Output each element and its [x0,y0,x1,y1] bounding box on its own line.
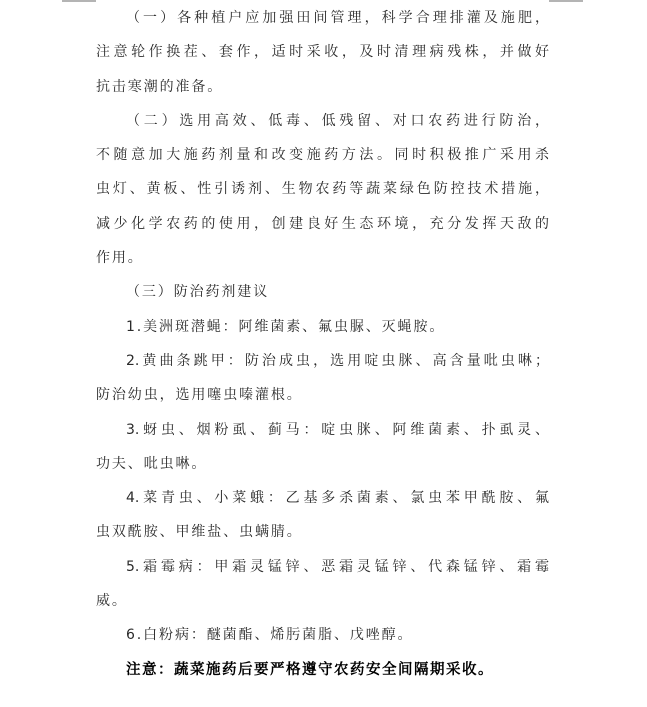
text-line: 3.蚜虫、烟粉虱、蓟马：啶虫脒、阿维菌素、扑虱灵、 [96,413,549,447]
text-line: 抗击寒潮的准备。 [96,70,549,104]
text-line: 防治幼虫，选用噻虫嗪灌根。 [96,378,549,412]
list-item: 1.美洲斑潜蝇：阿维菌素、氟虫脲、灭蝇胺。 [96,310,549,344]
text-line: 虫灯、黄板、性引诱剂、生物农药等蔬菜绿色防控技术措施， [96,172,549,206]
page-corner-mark-left [62,0,96,2]
text-line: （二）选用高效、低毒、低残留、对口农药进行防治， [96,104,549,138]
text-line: 6.白粉病：醚菌酯、烯肟菌脂、戊唑醇。 [96,618,549,652]
text-line: 功夫、吡虫啉。 [96,447,549,481]
text-line: （一）各种植户应加强田间管理，科学合理排灌及施肥， [96,1,549,35]
text-line: （三）防治药剂建议 [96,275,549,309]
section-heading-recommendations: （三）防治药剂建议 [96,275,549,309]
paragraph-field-management: （一）各种植户应加强田间管理，科学合理排灌及施肥， 注意轮作换茬、套作，适时采收… [96,1,549,104]
text-line: 1.美洲斑潜蝇：阿维菌素、氟虫脲、灭蝇胺。 [96,310,549,344]
list-item: 5.霜霉病：甲霜灵锰锌、恶霜灵锰锌、代森锰锌、霜霉 威。 [96,550,549,619]
list-item: 3.蚜虫、烟粉虱、蓟马：啶虫脒、阿维菌素、扑虱灵、 功夫、吡虫啉。 [96,413,549,482]
text-line: 2.黄曲条跳甲：防治成虫，选用啶虫脒、高含量吡虫啉； [96,344,549,378]
list-item: 2.黄曲条跳甲：防治成虫，选用啶虫脒、高含量吡虫啉； 防治幼虫，选用噻虫嗪灌根。 [96,344,549,413]
document-page: （一）各种植户应加强田间管理，科学合理排灌及施肥， 注意轮作换茬、套作，适时采收… [96,1,549,687]
text-line: 5.霜霉病：甲霜灵锰锌、恶霜灵锰锌、代森锰锌、霜霉 [96,550,549,584]
paragraph-pesticide-selection: （二）选用高效、低毒、低残留、对口农药进行防治， 不随意加大施药剂量和改变施药方… [96,104,549,275]
list-item: 6.白粉病：醚菌酯、烯肟菌脂、戊唑醇。 [96,618,549,652]
page-corner-mark-right [549,0,583,2]
text-line: 威。 [96,584,549,618]
list-item: 4.菜青虫、小菜蛾：乙基多杀菌素、氯虫苯甲酰胺、氟 虫双酰胺、甲维盐、虫螨腈。 [96,481,549,550]
text-line: 不随意加大施药剂量和改变施药方法。同时积极推广采用杀 [96,138,549,172]
text-line: 注意轮作换茬、套作，适时采收，及时清理病残株，并做好 [96,35,549,69]
text-line: 作用。 [96,241,549,275]
text-line: 减少化学农药的使用，创建良好生态环境，充分发挥天敌的 [96,207,549,241]
text-line: 虫双酰胺、甲维盐、虫螨腈。 [96,515,549,549]
text-line: 4.菜青虫、小菜蛾：乙基多杀菌素、氯虫苯甲酰胺、氟 [96,481,549,515]
safety-note: 注意：蔬菜施药后要严格遵守农药安全间隔期采收。 [96,653,549,687]
